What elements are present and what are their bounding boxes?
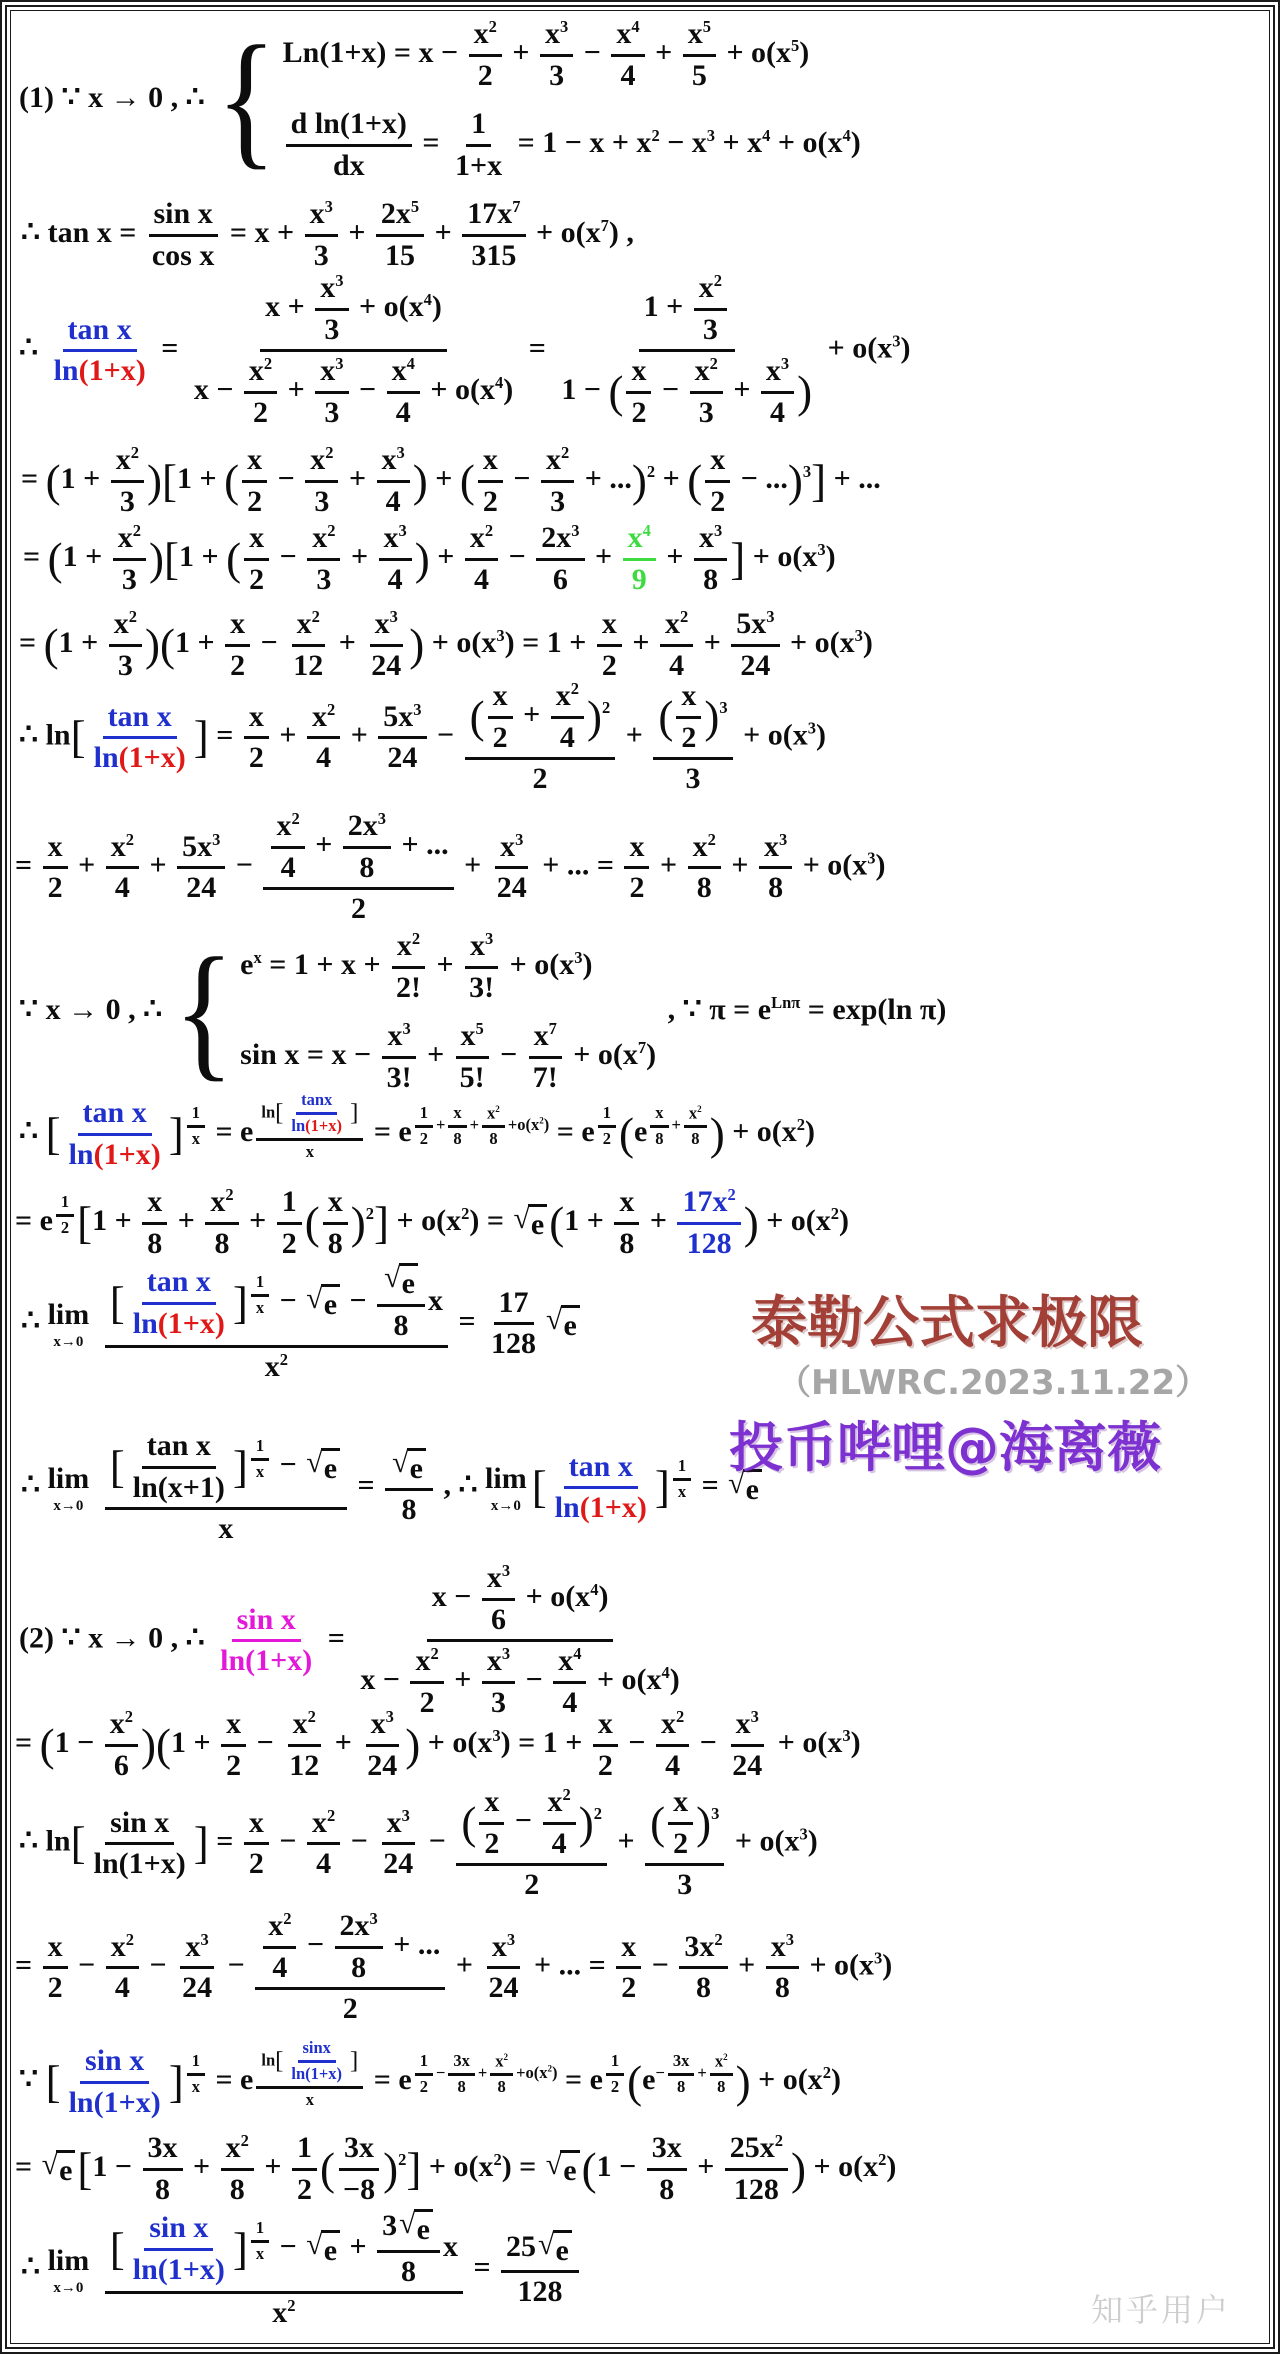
formula-line-18: ∵ [sin xln(1+x)]1x = eln[sinxln(1+x)]x =… [19,2039,841,2120]
solution-content: (1) ∵ x → 0 , ∴ {Ln(1+x) = x − x22 + x33… [13,13,1267,2341]
formula-line-15: = (1 − x26)(1 + x2 − x212 + x324) + o(x3… [15,1707,861,1783]
formula-line-09: ∵ x → 0 , ∴ {ex = 1 + x + x22! + x33! + … [19,929,946,1095]
formula-line-07: ∴ ln[tan xln(1+x)] = x2 + x24 + 5x324 − … [19,679,826,797]
formula-line-03: ∴ tan xln(1+x) = x + x33 + o(x4)x − x22 … [19,271,911,430]
formula-line-11: = e12[1 + x8 + x28 + 12(x8)2] + o(x2) = … [15,1185,849,1261]
formula-line-20: ∴ limx→0 [sin xln(1+x)]1x − √e + 3√e8xx2… [21,2209,582,2331]
math-solution-page: { "colors": { "blue": "#2030cc", "red": … [0,0,1280,2354]
formula-line-06: = (1 + x23)(1 + x2 − x212 + x324) + o(x3… [19,607,873,683]
formula-line-05: = (1 + x23)[1 + (x2 − x23 + x34) + x24 −… [23,521,836,597]
annotation-title: 泰勒公式求极限 [751,1279,1143,1359]
formula-line-01: (1) ∵ x → 0 , ∴ {Ln(1+x) = x − x22 + x33… [19,17,865,183]
formula-line-19: = √e[1 − 3x8 + x28 + 12(3x−8)2] + o(x2) … [15,2131,896,2207]
formula-line-13: ∴ limx→0 [tan xln(x+1)]1x − √ex = √e8 , … [21,1429,764,1547]
formula-line-14: (2) ∵ x → 0 , ∴ sin xln(1+x) = x − x36 +… [19,1561,688,1720]
formula-line-04: = (1 + x23)[1 + (x2 − x23 + x34) + (x2 −… [21,443,881,519]
formula-line-08: = x2 + x24 + 5x324 − x24 + 2x38 + ...2 +… [15,809,886,927]
formula-line-12: ∴ limx→0 [tan xln(1+x)]1x − √e − √e8xx2 … [21,1263,582,1385]
formula-line-16: ∴ ln[sin xln(1+x)] = x2 − x24 − x324 − (… [19,1785,818,1903]
formula-line-10: ∴ [tan xln(1+x)]1x = eln[tanxln(1+x)]x =… [19,1091,815,1172]
formula-line-02: ∴ tan x = sin xcos x = x + x33 + 2x515 +… [21,197,634,273]
annotation-byline: 投币哔哩@海离薇 [729,1405,1161,1482]
zhihu-user-watermark: 知乎用户 [1091,2285,1231,2331]
formula-line-17: = x2 − x24 − x324 − x24 − 2x38 + ...2 + … [15,1909,892,2027]
annotation-date: （HLWRC.2023.11.22） [777,1355,1209,1404]
